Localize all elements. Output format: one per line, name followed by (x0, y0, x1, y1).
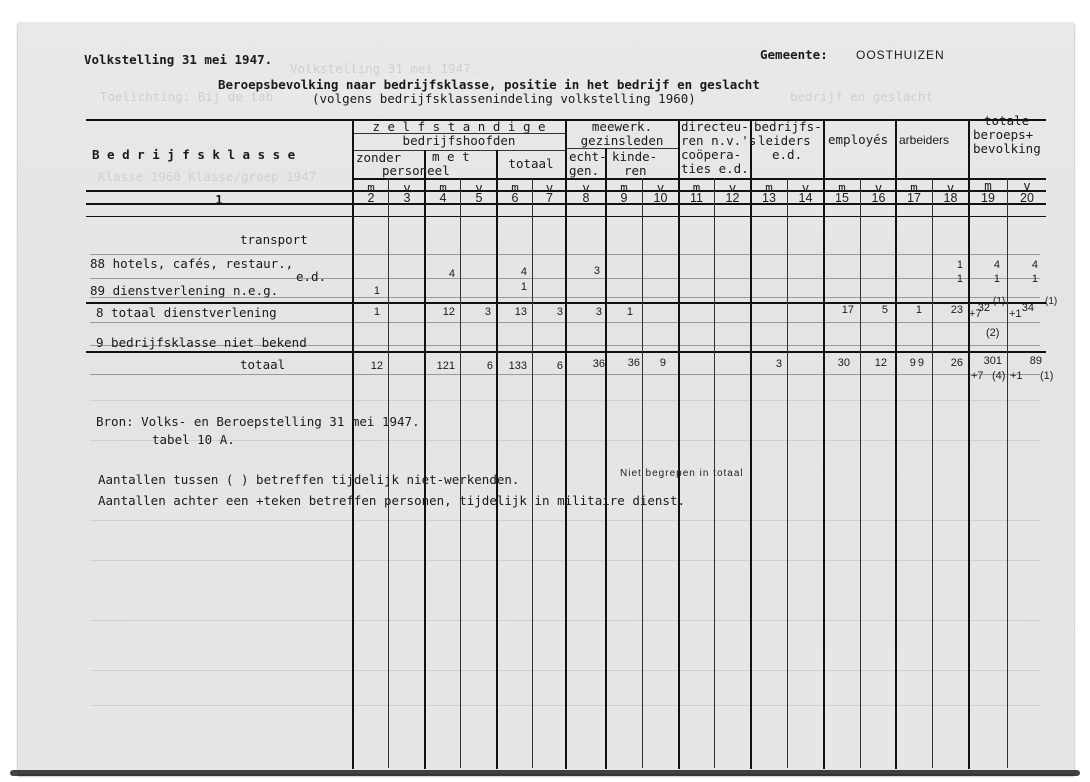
cell-value: 1 (970, 273, 1000, 285)
cell-value: 5 (858, 304, 888, 316)
cell-military: +1 (1009, 307, 1022, 321)
cell-military: +1 (1010, 369, 1023, 383)
ghost-text: Volkstelling 31 mei 1947. (290, 62, 478, 76)
row-label-totaal: totaal (240, 358, 285, 372)
header-bevolking: bevolking (973, 142, 1041, 156)
ghost-text: bedrijf en geslacht (790, 90, 933, 104)
cell-value: 17 (824, 304, 854, 316)
header-met: m e t (432, 150, 470, 164)
cell-value: 1 (350, 285, 380, 297)
cell-value: (2) (986, 326, 999, 340)
col-line (895, 119, 897, 769)
gemeente-value: OOSTHUIZEN (856, 48, 945, 62)
col-line (565, 119, 567, 769)
col-line (787, 178, 788, 768)
header-echtgen: echt- (569, 150, 607, 164)
cell-value: 1 (350, 306, 380, 318)
gemeente-label: Gemeente: (760, 48, 828, 62)
cell-value: 133 (497, 360, 527, 372)
column-number: 14 (788, 191, 823, 205)
cell-value: 1 (1008, 273, 1038, 285)
cell-value: 3 (572, 306, 602, 318)
column-number: 7 (533, 191, 566, 205)
col-line (352, 119, 354, 769)
cell-value: 1 (603, 306, 633, 318)
cell-value: 4 (497, 266, 527, 278)
header-personeel: personeel (382, 164, 450, 178)
col-line (860, 178, 861, 768)
row-label-9: 9 bedrijfsklasse niet bekend (96, 336, 307, 350)
cell-value: 4 (425, 268, 455, 280)
header-meewerk: meewerk. (566, 120, 678, 134)
ghost-subheader: Klasse 1960 Klasse/groep 1947 (98, 170, 318, 184)
header-directeuren-3: coöpera- (681, 148, 741, 162)
cell-value: 13 (497, 306, 527, 318)
header-arbeiders: arbeiders (899, 133, 949, 147)
note-handwritten: Niet begrepen in totaal (620, 467, 744, 481)
cell-note: (1) (1040, 369, 1053, 383)
column-number: 2 (353, 191, 389, 205)
document-subtitle: Beroepsbevolking naar bedrijfsklasse, po… (218, 78, 760, 92)
row-label-88: 88 hotels, cafés, restaur., (90, 257, 293, 271)
cell-value: 12 (425, 306, 455, 318)
col-line (823, 119, 825, 769)
column-number: 3 (389, 191, 425, 205)
header-totaal: totaal (497, 157, 565, 171)
note-parentheses: Aantallen tussen ( ) betreffen tijdelijk… (98, 473, 519, 487)
row-label-8: 8 totaal dienstverlening (96, 306, 277, 320)
note-plus-sign: Aantallen achter een +teken betreffen pe… (98, 494, 685, 508)
col-line (532, 178, 533, 768)
column-number: 18 (933, 191, 968, 205)
cell-value: 36 (575, 358, 605, 370)
header-zelfstandige: z e l f s t a n d i g e (353, 120, 565, 134)
header-echtgen-2: gen. (569, 164, 599, 178)
cell-value: 99 (896, 357, 926, 369)
ghost-text: Toelichting: Bij de tab (100, 90, 273, 104)
cell-value: 3 (570, 265, 600, 277)
header-directeuren-2: ren n.v.'s (681, 134, 756, 148)
cell-value: 23 (933, 304, 963, 316)
col-line (968, 119, 970, 769)
header-kinderen-2: ren (624, 164, 647, 178)
header-bedrijfshoofden: bedrijfshoofden (353, 134, 565, 148)
column-number: 15 (824, 191, 860, 205)
cell-value: 121 (425, 360, 455, 372)
column-number: 10 (643, 191, 678, 205)
cell-value: 3 (752, 358, 782, 370)
cell-note: (1) (1045, 295, 1057, 309)
header-employes: employés (828, 133, 888, 147)
col-line (496, 150, 498, 769)
column-number: 9 (606, 191, 642, 205)
header-directeuren: directeu- (681, 120, 749, 134)
cell-value: 9 (636, 357, 666, 369)
column-number: 13 (751, 191, 787, 205)
row-header-number: 1 (86, 193, 352, 207)
row-label-transport: transport (240, 233, 308, 247)
cell-note: (4) (992, 369, 1005, 383)
header-bedrijfsleiders-2: leiders (758, 134, 811, 148)
column-number: 11 (679, 191, 714, 205)
header-gezinsleden: gezinsleden (566, 134, 678, 148)
header-beroeps: beroeps+ (973, 128, 1033, 142)
cell-value: 1 (933, 259, 963, 271)
cell-value: 12 (857, 357, 887, 369)
column-number: 17 (896, 191, 932, 205)
col-line (678, 119, 680, 769)
document-title: Volkstelling 31 mei 1947. (84, 53, 272, 67)
cell-value: 3 (533, 306, 563, 318)
cell-value: 1 (497, 281, 527, 293)
row-header-bedrijfsklasse: B e d r i j f s k l a s s e (92, 148, 295, 162)
column-number: 4 (425, 191, 461, 205)
source-line-1: Bron: Volks- en Beroepstelling 31 mei 19… (96, 415, 420, 429)
cell-value: 6 (533, 360, 563, 372)
cell-value: 4 (970, 259, 1000, 271)
cell-value: 4 (1008, 259, 1038, 271)
source-line-2: tabel 10 A. (152, 433, 235, 447)
header-kinderen: kinde- (612, 150, 657, 164)
column-number: 5 (461, 191, 497, 205)
column-number: 6 (497, 191, 533, 205)
column-number: 19 (969, 191, 1007, 205)
cell-value: 12 (353, 360, 383, 372)
sheet-bottom-edge (10, 770, 1080, 776)
row-label-88-2: e.d. (296, 270, 326, 284)
row-label-89: 89 dienstverlening n.e.g. (90, 284, 278, 298)
document-subtitle-2: (volgens bedrijfsklassenindeling volkste… (312, 92, 696, 106)
cell-military: +7 (971, 369, 984, 383)
cell-value: 30 (820, 357, 850, 369)
cell-value: 89 (1012, 355, 1042, 367)
header-directeuren-4: ties e.d. (681, 162, 749, 176)
col-line (424, 150, 426, 769)
header-bedrijfsleiders: bedrijfs- (754, 120, 822, 134)
cell-value: 1 (892, 304, 922, 316)
cell-value: 301 (972, 355, 1002, 367)
column-number: 20 (1008, 191, 1046, 205)
column-number: 12 (715, 191, 750, 205)
header-bedrijfsleiders-3: e.d. (772, 148, 802, 162)
col-line (605, 148, 607, 769)
column-number: 16 (861, 191, 896, 205)
col-line (750, 119, 752, 769)
cell-value: 26 (933, 357, 963, 369)
cell-value: 1 (933, 273, 963, 285)
cell-value: 6 (463, 360, 493, 372)
cell-value: 3 (461, 306, 491, 318)
header-totale: totale (984, 114, 1029, 128)
column-number: 8 (566, 191, 606, 205)
cell-military: +7 (969, 307, 982, 321)
